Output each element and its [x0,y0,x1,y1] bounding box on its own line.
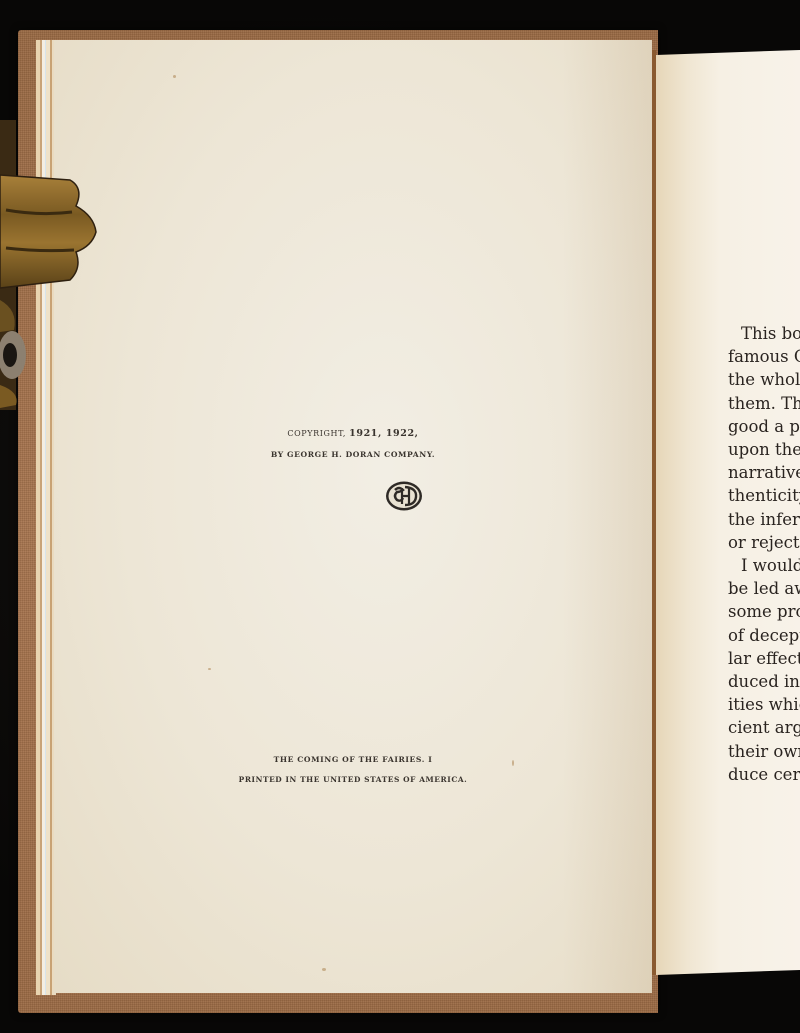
paper-speck [173,75,176,78]
publisher-line: BY GEORGE H. DORAN COMPANY. [54,450,652,459]
publisher-monogram-icon [385,480,423,512]
text-line: narrative is n [728,461,800,484]
brass-clasp-icon [0,120,100,410]
text-line: upon the auth [728,438,800,461]
text-line: or rejected as [728,531,800,554]
text-line: some professi [728,600,800,623]
copyright-line: COPYRIGHT, 1921, 1922, [54,428,652,439]
text-line: ities which ca [728,693,800,716]
text-line: duced in the s [728,670,800,693]
book-title-line: THE COMING OF THE FAIRIES. I [54,755,652,764]
text-line: the inferences [728,508,800,531]
text-line: I would wa [728,554,800,577]
copyright-prefix: COPYRIGHT, [287,429,346,438]
text-line: their own pre [728,740,800,763]
text-line: thenticity, bu [728,484,800,507]
text-line: cient argume [728,716,800,739]
printed-in-line: PRINTED IN THE UNITED STATES OF AMERICA. [54,775,652,784]
copyright-years: 1921, 1922, [349,428,418,439]
text-line: This book d [728,322,800,345]
text-line: the whole of t [728,368,800,391]
paper-speck [322,968,326,971]
text-line: them. The d [728,392,800,415]
text-line: be led away [728,577,800,600]
text-line: of deception, [728,624,800,647]
paper-speck [208,668,211,670]
text-line: duce certain [728,763,800,786]
book-photo: COPYRIGHT, 1921, 1922, BY GEORGE H. DORA… [0,0,800,1033]
text-line: lar effect, the [728,647,800,670]
text-line: good a positio [728,415,800,438]
copyright-page [54,40,652,993]
preface-text: This book d famous Cotti the whole of t … [728,322,800,786]
text-line: famous Cotti [728,345,800,368]
